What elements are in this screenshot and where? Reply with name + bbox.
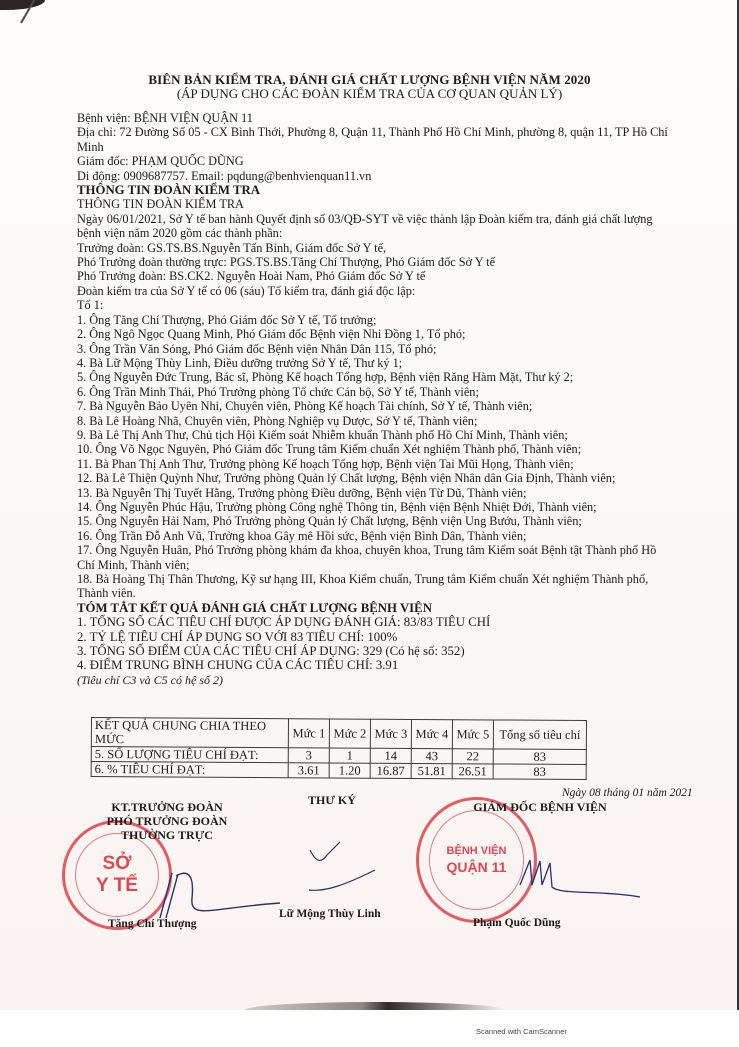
- member-item: 8. Bà Lê Hoàng Nhã, Chuyên viên, Phòng N…: [77, 414, 677, 428]
- member-item: 13. Bà Nguyễn Thị Tuyết Hằng, Trưởng phò…: [77, 486, 677, 500]
- team-heading: THÔNG TIN ĐOÀN KIỂM TRA: [77, 183, 677, 197]
- member-item: 11. Bà Phan Thị Anh Thư, Trưởng phòng Kế…: [77, 457, 677, 471]
- member-item: 9. Bà Lê Thị Anh Thư, Chủ tịch Hội Kiểm …: [77, 428, 677, 442]
- member-item: 7. Bà Nguyễn Bảo Uyên Nhi, Chuyên viên, …: [77, 399, 677, 413]
- member-item: 14. Ông Nguyễn Phúc Hậu, Trưởng phòng Cô…: [77, 500, 677, 514]
- member-item: 5. Ông Nguyễn Đức Trung, Bác sĩ, Phòng K…: [77, 370, 677, 384]
- table-cell: 3: [288, 748, 329, 763]
- member-item: 10. Ông Võ Ngọc Nguyên, Phó Giám đốc Tru…: [77, 442, 677, 456]
- member-list: 1. Ông Tăng Chí Thượng, Phó Giám đốc Sở …: [77, 313, 677, 601]
- table-cell: 3.61: [288, 763, 329, 778]
- stamp-text: QUẬN 11: [447, 858, 507, 876]
- summary-item: 4. ĐIỂM TRUNG BÌNH CHUNG CỦA CÁC TIÊU CH…: [77, 658, 677, 672]
- table-cell: 22: [452, 749, 493, 764]
- signature-title-line: THƯỜNG TRỰC: [82, 828, 252, 842]
- signature-director: [510, 855, 650, 910]
- signature-title-secretary: THƯ KÝ: [292, 793, 372, 807]
- team-group-label: Tổ 1:: [77, 298, 677, 312]
- table-cell: Mức 1: [288, 719, 329, 748]
- team-groups-line: Đoàn kiểm tra của Sở Y tế có 06 (sáu) Tổ…: [77, 284, 677, 298]
- summary-note: (Tiêu chí C3 và C5 có hệ số 2): [77, 673, 677, 687]
- member-item: 16. Ông Trần Đỗ Anh Vũ, Trưởng khoa Gây …: [77, 529, 677, 543]
- team-subheading: THÔNG TIN ĐOÀN KIỂM TRA: [77, 197, 677, 211]
- team-deputy-standing: Phó Trưởng đoàn thường trực: PGS.TS.BS.T…: [77, 255, 677, 269]
- summary-item: 2. TỶ LỆ TIÊU CHÍ ÁP DỤNG SO VỚI 83 TIÊU…: [77, 630, 677, 644]
- table-cell: 51.81: [411, 763, 452, 778]
- team-decision: Ngày 06/01/2021, Sở Y tế ban hành Quyết …: [77, 212, 677, 241]
- summary-list: 1. TỔNG SỐ CÁC TIÊU CHÍ ĐƯỢC ÁP DỤNG ĐÁN…: [77, 615, 677, 673]
- signer-name-secretary: Lữ Mộng Thùy Linh: [279, 908, 381, 920]
- signer-name-director: Phạm Quốc Dũng: [473, 917, 561, 929]
- member-item: 15. Ông Nguyễn Hải Nam, Phó Trưởng phòng…: [77, 514, 677, 528]
- results-table: KẾT QUẢ CHUNG CHIA THEO MỨCMức 1Mức 2Mức…: [91, 717, 587, 780]
- stamp-text: BỆNH VIỆN: [447, 844, 507, 858]
- signature-title-line: PHÓ TRƯỞNG ĐOÀN: [82, 814, 252, 828]
- table-cell: Tổng số tiêu chí: [493, 720, 586, 750]
- document-body: Bệnh viện: BỆNH VIỆN QUẬN 11 Địa chỉ: 72…: [77, 111, 677, 687]
- table-cell: Mức 2: [329, 719, 370, 748]
- table-cell: Mức 4: [411, 719, 452, 748]
- signature-title-director: GIÁM ĐỐC BỆNH VIỆN: [440, 800, 640, 814]
- member-item: 18. Bà Hoàng Thị Thân Thương, Kỹ sư hạng…: [77, 572, 677, 601]
- table-cell: 1: [329, 748, 370, 763]
- hospital-director: Giám đốc: PHẠM QUỐC DŨNG: [77, 154, 677, 168]
- member-item: 3. Ông Trần Văn Sóng, Phó Giám đốc Bệnh …: [77, 342, 677, 356]
- team-deputy: Phó Trưởng đoàn: BS.CK2. Nguyễn Hoài Nam…: [77, 269, 677, 283]
- hospital-address: Địa chỉ: 72 Đường Số 05 - CX Bình Thới, …: [77, 125, 677, 154]
- table-cell: Mức 5: [452, 720, 493, 749]
- row-label-cell: 5. SỐ LƯỢNG TIÊU CHÍ ĐẠT:: [91, 747, 288, 763]
- summary-item: 1. TỔNG SỐ CÁC TIÊU CHÍ ĐƯỢC ÁP DỤNG ĐÁN…: [77, 615, 677, 629]
- hospital-name: Bệnh viện: BỆNH VIỆN QUẬN 11: [77, 111, 677, 125]
- table-cell: 43: [411, 748, 452, 763]
- stamp-text: SỞ: [103, 853, 132, 875]
- member-item: 17. Ông Nguyễn Huân, Phó Trưởng phòng kh…: [77, 543, 677, 572]
- table-cell: 1.20: [329, 763, 370, 778]
- document-subtitle: (ÁP DỤNG CHO CÁC ĐOÀN KIỂM TRA CỦA CƠ QU…: [0, 86, 739, 102]
- member-item: 4. Bà Lữ Mộng Thùy Linh, Điều dưỡng trưở…: [77, 356, 677, 370]
- signature-title-deputy: KT.TRƯỞNG ĐOÀN PHÓ TRƯỞNG ĐOÀN THƯỜNG TR…: [82, 800, 252, 842]
- table-cell: 26.51: [452, 764, 493, 779]
- stamp-text: Y TẾ: [96, 875, 138, 897]
- table-cell: 16.87: [370, 763, 411, 778]
- signature-secretary: [305, 840, 385, 895]
- row-label-cell: 6. % TIÊU CHÍ ĐẠT:: [91, 762, 288, 778]
- table-cell: 83: [493, 764, 586, 780]
- hospital-contact: Di động: 0909687757. Email: pqdung@benhv…: [77, 169, 677, 183]
- table-cell: 14: [370, 748, 411, 763]
- scanner-watermark: Scanned with CamScanner: [476, 1027, 567, 1036]
- member-item: 2. Ông Ngô Ngọc Quang Minh, Phó Giám đốc…: [77, 327, 677, 341]
- table-cell: 83: [493, 749, 586, 765]
- table-row: 6. % TIÊU CHÍ ĐẠT:3.611.2016.8751.8126.5…: [91, 762, 586, 780]
- row-label-cell: KẾT QUẢ CHUNG CHIA THEO MỨC: [91, 718, 288, 748]
- member-item: 6. Ông Trần Minh Thái, Phó Trưởng phòng …: [77, 385, 677, 399]
- signing-date: Ngày 08 tháng 01 năm 2021: [562, 787, 693, 799]
- summary-item: 3. TỔNG SỐ ĐIỂM CỦA CÁC TIÊU CHÍ ÁP DỤNG…: [77, 644, 677, 658]
- team-leader: Trưởng đoàn: GS.TS.BS.Nguyễn Tấn Bỉnh, G…: [77, 241, 677, 255]
- table-header-row: KẾT QUẢ CHUNG CHIA THEO MỨCMức 1Mức 2Mức…: [91, 718, 586, 750]
- summary-heading: TÓM TẮT KẾT QUẢ ĐÁNH GIÁ CHẤT LƯỢNG BỆNH…: [77, 601, 677, 615]
- signer-name-deputy: Tăng Chí Thượng: [108, 918, 197, 930]
- signature-title-line: KT.TRƯỞNG ĐOÀN: [82, 800, 252, 814]
- member-item: 1. Ông Tăng Chí Thượng, Phó Giám đốc Sở …: [77, 313, 677, 327]
- member-item: 12. Bà Lê Thiện Quỳnh Như, Trưởng phòng …: [77, 471, 677, 485]
- table-cell: Mức 3: [370, 719, 411, 748]
